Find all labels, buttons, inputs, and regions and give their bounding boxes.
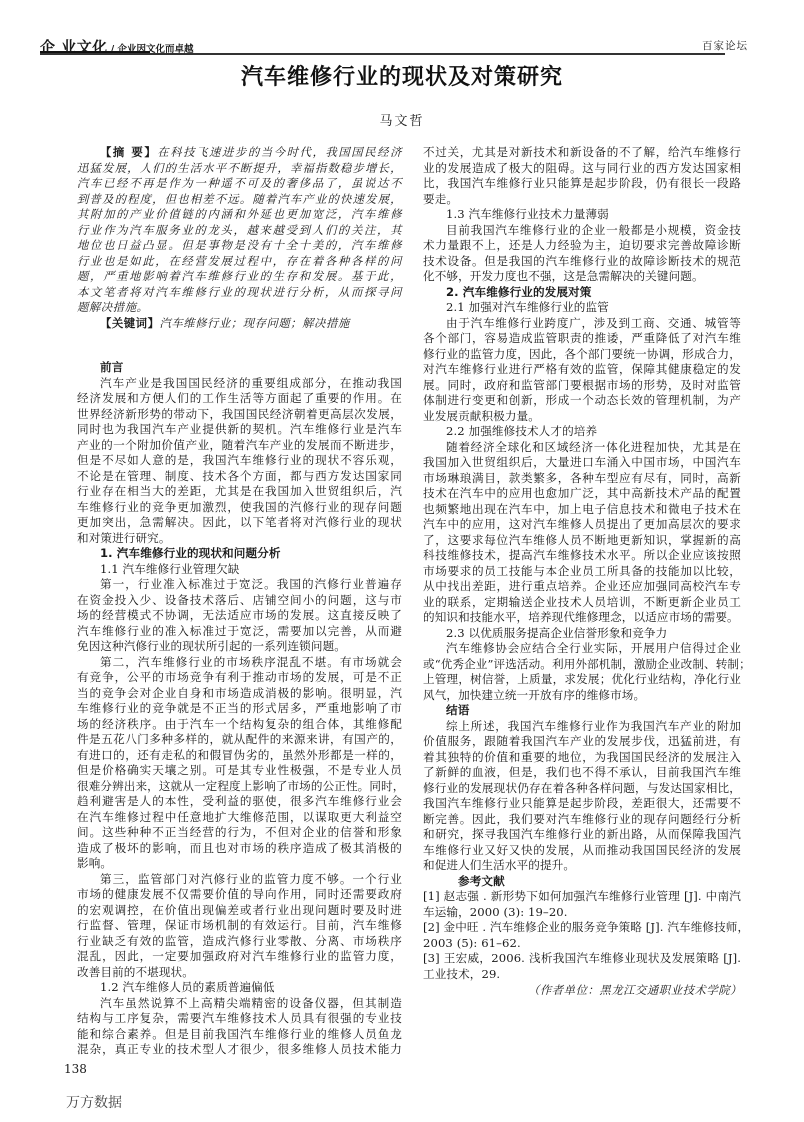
section-2-heading: 2. 汽车维修行业的发展对策 xyxy=(446,285,591,300)
page-number: 138 xyxy=(64,1062,87,1076)
body-line: 目前我国汽车维修行业的企业一般都是小规模，资金技 xyxy=(446,223,741,238)
keywords-line: 【关键词】汽车维修行业；现存问题；解决措施 xyxy=(100,316,350,331)
reference-line: 车运输，2000 (3): 19–20. xyxy=(423,905,568,920)
section-1-2-heading: 1.2 汽车维修人员的素质普遍偏低 xyxy=(100,980,275,995)
body-line: 第二，汽车维修行业的市场秩序混乱不堪。有市场就会 xyxy=(100,655,402,670)
preface-heading: 前言 xyxy=(100,360,123,375)
section-2-3-heading: 2.3 以优质服务提高企业信誉形象和竞争力 xyxy=(446,626,667,641)
body-line: 的宏观调控，在价值出现偏差或者行业出现问题时要及时进 xyxy=(77,903,402,918)
preface-line: 同时也为我国汽车产业提供新的契机。汽车维修行业是汽车 xyxy=(77,422,402,437)
body-line: 化不够，开发力度也不强，这是急需解决的关键问题。 xyxy=(423,269,704,284)
abstract-line: 地位也日益凸显。但是事物是没有十全十美的，汽车维修 xyxy=(77,238,402,253)
article-title: 汽车维修行业的现状及对策研究 xyxy=(0,60,804,91)
body-line: 场的经营模式不协调，无法适应市场的发展。这直接反映了 xyxy=(77,608,402,623)
reference-line: [1] 赵志强 . 新形势下如何加强汽车维修行业管理 [J]. 中南汽 xyxy=(423,889,741,904)
body-line: 各个部门，容易造成监管职责的推诿，严重降低了对汽车维 xyxy=(423,331,741,346)
body-line: 造成了极坏的影响，而且也对市场的秩序造成了极其消极的 xyxy=(77,841,402,856)
body-line: 从中找出差距，进行重点培养。企业还应加强同高校汽车专 xyxy=(423,579,741,594)
preface-line: 经济发展和方便人们的工作生活等方面起了重要的作用。在 xyxy=(77,391,402,406)
body-line: 对汽车维修行业进行严格有效的监管，保障其健康稳定的发 xyxy=(423,362,741,377)
body-line: 有进口的，还有走私的和假冒伪劣的，虽然外形都是一样的， xyxy=(77,748,402,763)
footer-watermark: 万方数据 xyxy=(66,1092,122,1112)
body-line: 比，我国汽车维修行业只能算是起步阶段，仍有很长一段路 xyxy=(423,176,741,191)
abstract-line: 题，严重地影响着汽车维修行业的生存和发展。基于此， xyxy=(77,269,402,284)
section-2-2-heading: 2.2 加强维修技术人才的培养 xyxy=(446,424,597,439)
abstract-line: 到普及的程度，但也相差不远。随着汽车产业的快速发展， xyxy=(77,192,402,207)
body-line: 业发展贡献积极力量。 xyxy=(423,409,540,424)
body-line: 件是五花八门多种多样的，就从配件的来源来讲，有国产的， xyxy=(77,732,402,747)
abstract-line: 行业也是如此，在经营发展过程中，存在着各种各样的问 xyxy=(77,254,402,269)
body-line: 我国汽车维修行业只能算是起步阶段，差距很大，还需要不 xyxy=(423,796,741,811)
body-line: 有竞争，公平的市场竞争有利于推动市场的发展，可是不正 xyxy=(77,670,402,685)
keywords-text: 汽车维修行业；现存问题；解决措施 xyxy=(159,316,349,330)
body-line: 技术在汽车中的应用也愈加广泛，其中高新技术产品的配置 xyxy=(423,486,741,501)
body-line: 随着经济全球化和区域经济一体化进程加快，尤其是在 xyxy=(446,440,741,455)
body-line: 业的联系，定期输送企业技术人员培训，不断更新企业员工 xyxy=(423,595,741,610)
body-line: 了新鲜的血液，但是，我们也不得不承认，目前我国汽车维 xyxy=(423,765,741,780)
body-line: 或“优秀企业”评选活动。利用外部机制，激励企业改制、转制； xyxy=(423,657,741,672)
body-line: 科技维修技术，提高汽车维修技术水平。所以企业应该按照 xyxy=(423,548,741,563)
reference-line: [3] 王宏威，2006. 浅析我国汽车维修业现状及发展策略 [J]. xyxy=(423,951,741,966)
body-line: 和研究，探寻我国汽车维修行业的新出路，从而保障我国汽 xyxy=(423,827,741,842)
body-line: 行监督、管理，保证市场机制的有效运行。目前，汽车维修 xyxy=(77,918,402,933)
reference-line: [2] 金中旺 . 汽车维修企业的服务竞争策略 [J]. 汽车维修技师， xyxy=(423,920,741,935)
abstract-line: 迅猛发展，人们的生活水平不断提升，幸福指数稳步增长， xyxy=(77,161,402,176)
body-line: 技术设备。但是我国的汽车维修行业的故障诊断技术的规范 xyxy=(423,254,741,269)
body-line: 第三，监管部门对汽修行业的监管力度不够。一个行业 xyxy=(100,872,402,887)
abstract-label: 【摘 要】 xyxy=(100,145,157,159)
body-line: 第一，行业准入标准过于宽泛。我国的汽修行业普遍存 xyxy=(100,577,402,592)
body-line: 也频繁地出现在汽车中，加上电子信息技术和微电子技术在 xyxy=(423,502,741,517)
body-line: 混乱，因此，一定要加强政府对汽车维修行业的监管力度， xyxy=(77,949,402,964)
body-line: 在汽车维修过程中任意地扩大维修范围，以谋取更大利益空 xyxy=(77,810,402,825)
body-line: 能和综合素养。但是目前我国汽车维修行业的维修人员鱼龙 xyxy=(77,1027,402,1042)
body-line: 在资金投入少、设备技术落后、店铺空间小的问题，这与市 xyxy=(77,593,402,608)
body-line: 免因这种汽修行业的现状所引起的一系列连锁问题。 xyxy=(77,639,346,654)
preface-line: 产业的一个附加价值产业，随着汽车产业的发展而不断进步， xyxy=(77,438,402,453)
body-line: 的知识和技能水平，培养现代维修理念，以适应市场的需要。 xyxy=(423,610,739,625)
keywords-label: 【关键词】 xyxy=(100,316,159,330)
body-line: 汽车虽然说算不上高精尖端精密的设备仪器，但其制造 xyxy=(100,996,402,1011)
body-line: 不过关，尤其是对新技术和新设备的不了解，给汽车维修行 xyxy=(423,145,741,160)
preface-line: 车维修行业的竞争更加激烈，使我国的汽修行业的现存问题 xyxy=(77,500,402,515)
body-line: 展。同时，政府和监管部门要根据市场的形势，及时对监管 xyxy=(423,378,741,393)
body-line: 混杂，真正专业的技术型人才很少，很多维修人员技术能力 xyxy=(77,1042,402,1057)
article-author: 马文哲 xyxy=(0,110,804,129)
reference-line: 2003 (5): 61–62. xyxy=(423,936,521,951)
body-line: 上管理，树信誉，上质量，求发展；优化行业结构，净化行业 xyxy=(423,672,741,687)
body-line: 综上所述，我国汽车维修行业作为我国汽车产业的附加 xyxy=(446,719,741,734)
body-line: 业的发展造成了极大的阻碍。这与同行业的西方发达国家相 xyxy=(423,161,741,176)
preface-line: 更加突出，急需解决。因此，以下笔者将对汽修行业的现状 xyxy=(77,515,402,530)
body-line: 术力量跟不上，还是人力经验为主，迫切要求完善故障诊断 xyxy=(423,238,741,253)
body-line: 风气，加快建立统一开放有序的维修市场。 xyxy=(423,688,645,703)
abstract-line: 行业作为汽车服务业的龙头，越来越受到人们的关注，其 xyxy=(77,223,402,238)
body-line: 了，这要求每位汽车维修人员不断地更新知识，掌握新的高 xyxy=(423,533,741,548)
body-line: 影响。 xyxy=(77,856,112,871)
body-line: 车维修行业的竞争就是不正当的形式居多，严重地影响了市 xyxy=(77,701,402,716)
body-line: 价值服务，跟随着我国汽车产业的发展步伐，迅猛前进，有 xyxy=(423,734,741,749)
preface-line: 汽车产业是我国国民经济的重要组成部分，在推动我国 xyxy=(100,376,402,391)
body-line: 车维修行业又好又快的发展，从而推动我国国民经济的发展 xyxy=(423,843,741,858)
body-line: 汽车维修行业的准入标准过于宽泛，需要加以完善，从而避 xyxy=(77,624,402,639)
body-line: 行业缺乏有效的监管，造成汽修行业零散、分离、市场秩序 xyxy=(77,934,402,949)
section-name: 百家论坛 xyxy=(702,38,748,53)
preface-line: 但是不尽如人意的是，我国汽车维修行业的现状不容乐观， xyxy=(77,453,402,468)
references-heading: 参考文献 xyxy=(458,874,505,889)
abstract-line: 题解决措施。 xyxy=(77,300,148,315)
section-1-heading: 1. 汽车维修行业的现状和问题分析 xyxy=(100,546,281,561)
section-1-3-heading: 1.3 汽车维修行业技术力量薄弱 xyxy=(446,207,609,222)
body-line: 市场要求的员工技能与本企业员工所具备的技能加以比较， xyxy=(423,564,741,579)
author-affiliation: （作者单位：黑龙江交通职业技术学院） xyxy=(528,983,742,998)
preface-line: 世界经济新形势的带动下，我国国民经济朝着更高层次发展， xyxy=(77,407,402,422)
body-line: 要走。 xyxy=(423,192,458,207)
body-line: 当的竞争会对企业自身和市场造成消极的影响。很明显，汽 xyxy=(77,686,402,701)
preface-line: 不论是在管理、制度、技术各个方面，都与西方发达国家同 xyxy=(77,469,402,484)
body-line: 和促进人们生活水平的提升。 xyxy=(423,858,575,873)
preface-line: 行业存在相当大的差距，尤其是在我国加入世贸组织后，汽 xyxy=(77,484,402,499)
abstract-line: 本文笔者将对汽车维修行业的现状进行分析，从而探寻问 xyxy=(77,285,402,300)
abstract-line: 其附加的产业价值链的内涵和外延也更加宽泛，汽车维修 xyxy=(77,207,402,222)
body-line: 修行业的发展现状仍存在着各种各样问题，与发达国家相比， xyxy=(423,781,741,796)
body-line: 结构与工序复杂，需要汽车维修技术人员具有很强的专业技 xyxy=(77,1011,402,1026)
body-line: 体制进行变更和创新，形成一个动态长效的管理机制，为产 xyxy=(423,393,741,408)
body-line: 趋利避害是人的本性，受利益的驱使，很多汽车维修行业会 xyxy=(77,794,402,809)
section-2-1-heading: 2.1 加强对汽车维修行业的监管 xyxy=(446,300,609,315)
section-1-1-heading: 1.1 汽车维修行业管理欠缺 xyxy=(100,562,239,577)
body-line: 市场的健康发展不仅需要价值的导向作用，同时还需要政府 xyxy=(77,887,402,902)
body-line: 汽车中的应用，这对汽车维修人员提出了更加高层次的要求 xyxy=(423,517,741,532)
abstract-line: 汽车已经不再是作为一种遥不可及的奢侈品了，虽说达不 xyxy=(77,176,402,191)
body-line: 市场琳琅满目，款类繁多，各种车型应有尽有，同时，高新 xyxy=(423,471,741,486)
abstract-line: 【摘 要】在科技飞速进步的当今时代，我国国民经济 xyxy=(100,145,402,160)
abstract-text: 在科技飞速进步的当今时代，我国国民经济 xyxy=(157,145,402,159)
reference-line: 工业技术，29. xyxy=(423,967,500,982)
body-line: 改善目前的不堪现状。 xyxy=(77,965,194,980)
body-line: 场的经济秩序。由于汽车一个结构复杂的组合体，其维修配 xyxy=(77,717,402,732)
body-line: 间。这些种种不正当经营的行为，不但对企业的信誉和形象 xyxy=(77,825,402,840)
body-line: 修行业的监管力度，因此，各个部门要统一协调，形成合力， xyxy=(423,347,741,362)
body-line: 由于汽车维修行业跨度广，涉及到工商、交通、城管等 xyxy=(446,316,741,331)
body-line: 着其独特的价值和重要的地位，为我国国民经济的发展注入 xyxy=(423,750,741,765)
body-line: 但是价格确实天壤之别。可是其专业性极强，不是专业人员 xyxy=(77,763,402,778)
body-line: 汽车维修协会应结合全行业实际，开展用户信得过企业 xyxy=(446,641,741,656)
conclusion-heading: 结语 xyxy=(446,703,469,718)
preface-line: 和对策进行研究。 xyxy=(77,531,171,546)
body-line: 断完善。因此，我们要对汽车维修行业的现存问题经行分析 xyxy=(423,812,741,827)
body-line: 很难分辨出来，这就从一定程度上影响了市场的公正性。同时， xyxy=(77,779,402,794)
body-line: 我国加入世贸组织后，大量进口车涌入中国市场，中国汽车 xyxy=(423,455,741,470)
header-rule xyxy=(40,53,725,55)
